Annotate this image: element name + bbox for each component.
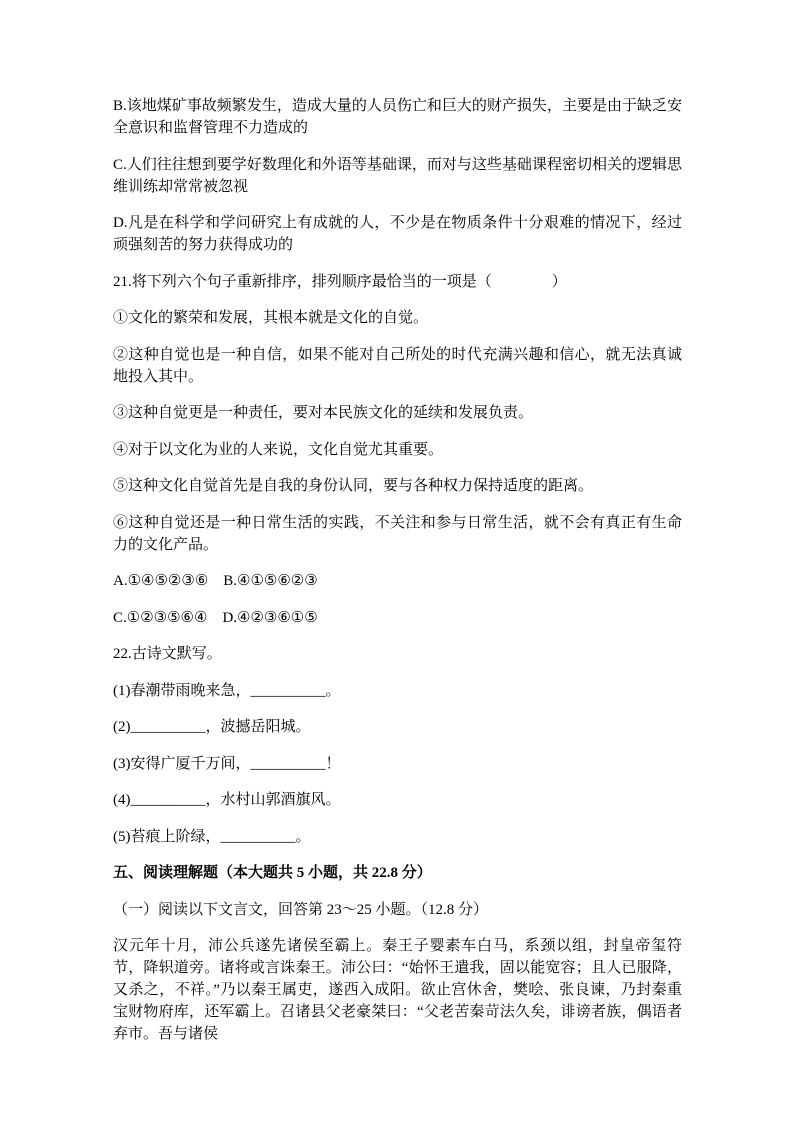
question-21-options-cd: C.①②③⑤⑥④ D.④②③⑥①⑤ [113,607,682,629]
question-21-options-ab: A.①④⑤②③⑥ B.④①⑤⑥②③ [113,570,682,592]
question-21-sentence-1: ①文化的繁荣和发展，其根本就是文化的自觉。 [113,307,682,329]
section-5-heading: 五、阅读理解题（本大题共 5 小题，共 22.8 分） [113,862,682,884]
question-21-sentence-4: ④对于以文化为业的人来说，文化自觉尤其重要。 [113,439,682,461]
question-21-sentence-5: ⑤这种文化自觉首先是自我的身份认同，要与各种权力保持适度的距离。 [113,475,682,497]
option-d-text: D.凡是在科学和学问研究上有成就的人，不少是在物质条件十分艰难的情况下，经过顽强… [113,212,682,256]
question-21-stem: 21.将下列六个句子重新排序，排列顺序最恰当的一项是（ ） [113,271,682,293]
question-22-blank-5: (5)苔痕上阶绿，__________。 [113,826,682,848]
section-5-instruction: （一）阅读以下文言文，回答第 23～25 小题。（12.8 分） [113,899,682,921]
question-21-sentence-6: ⑥这种自觉还是一种日常生活的实践，不关注和参与日常生活，就不会有真正有生命力的文… [113,512,682,556]
classical-passage-text: 汉元年十月，沛公兵遂先诸侯至霸上。秦王子婴素车白马，系颈以组，封皇帝玺符节，降轵… [113,935,682,1045]
question-22-title: 22.古诗文默写。 [113,643,682,665]
question-22-blank-2: (2)__________，波撼岳阳城。 [113,716,682,738]
question-22-blank-4: (4)__________，水村山郭酒旗风。 [113,789,682,811]
document-page: B.该地煤矿事故频繁发生，造成大量的人员伤亡和巨大的财产损失，主要是由于缺乏安全… [0,0,794,1123]
option-b-text: B.该地煤矿事故频繁发生，造成大量的人员伤亡和巨大的财产损失，主要是由于缺乏安全… [113,95,682,139]
question-21-sentence-3: ③这种自觉更是一种责任，要对本民族文化的延续和发展负责。 [113,402,682,424]
question-21-sentence-2: ②这种自觉也是一种自信，如果不能对自己所处的时代充满兴趣和信心，就无法真诚地投入… [113,344,682,388]
question-22-blank-1: (1)春潮带雨晚来急，__________。 [113,680,682,702]
option-c-text: C.人们往往想到要学好数理化和外语等基础课，而对与这些基础课程密切相关的逻辑思维… [113,154,682,198]
question-22-blank-3: (3)安得广厦千万间，__________！ [113,753,682,775]
